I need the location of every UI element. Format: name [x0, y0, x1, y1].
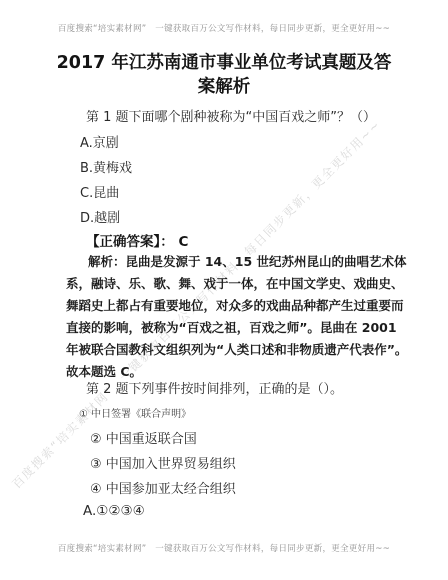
promo-banner-bottom: 百度搜索“培实素材网” 一键获取百万公文写作材料，每日同步更新，更全更好用~~ [0, 542, 448, 554]
question-1-answer: 【正确答案】： C [86, 230, 188, 250]
question-1-analysis-line: 系，融诗、乐、歌、舞、戏于一体，在中国文学史、戏曲史、 [66, 274, 404, 292]
question-1-option-d: D.越剧 [80, 207, 120, 226]
page-title: 2017 年江苏南通市事业单位考试真题及答案解析 [51, 51, 397, 99]
question-1-analysis-line: 解析：昆曲是发源于 14、15 世纪苏州昆山的曲唱艺术体 [88, 252, 407, 270]
question-1-analysis-line: 舞蹈史上都占有重要地位，对众多的戏曲品种都产生过重要而 [66, 296, 404, 314]
question-2-stem: 第 2 题下列事件按时间排列，正确的是（）。 [86, 378, 343, 397]
document-page: 百度搜索“培实素材网” 一键获取百万公文写作材料，每日同步更新，更全更好用~~ … [0, 0, 448, 580]
question-2-item-2: ② 中国重返联合国 [90, 428, 197, 447]
question-1-option-c: C.昆曲 [80, 182, 119, 201]
question-1-option-b: B.黄梅戏 [80, 157, 132, 176]
question-2-item-4: ④ 中国参加亚太经合组织 [90, 478, 236, 497]
question-1-analysis-line: 年被联合国教科文组织列为“人类口述和非物质遗产代表作”。 [66, 340, 407, 358]
question-2-option-a: A.①②③④ [83, 503, 145, 519]
promo-banner-top: 百度搜索“培实素材网” 一键获取百万公文写作材料，每日同步更新，更全更好用~~ [0, 22, 448, 34]
question-1-analysis-line: 直接的影响，被称为“百戏之祖，百戏之师”。昆曲在 2001 [66, 318, 397, 336]
question-2-item-1: ① 中日签署《联合声明》 [79, 405, 191, 420]
question-1-option-a: A.京剧 [80, 132, 119, 151]
question-1-stem: 第 1 题下面哪个剧种被称为“中国百戏之师”？（） [86, 106, 376, 125]
question-2-item-3: ③ 中国加入世界贸易组织 [90, 453, 236, 472]
